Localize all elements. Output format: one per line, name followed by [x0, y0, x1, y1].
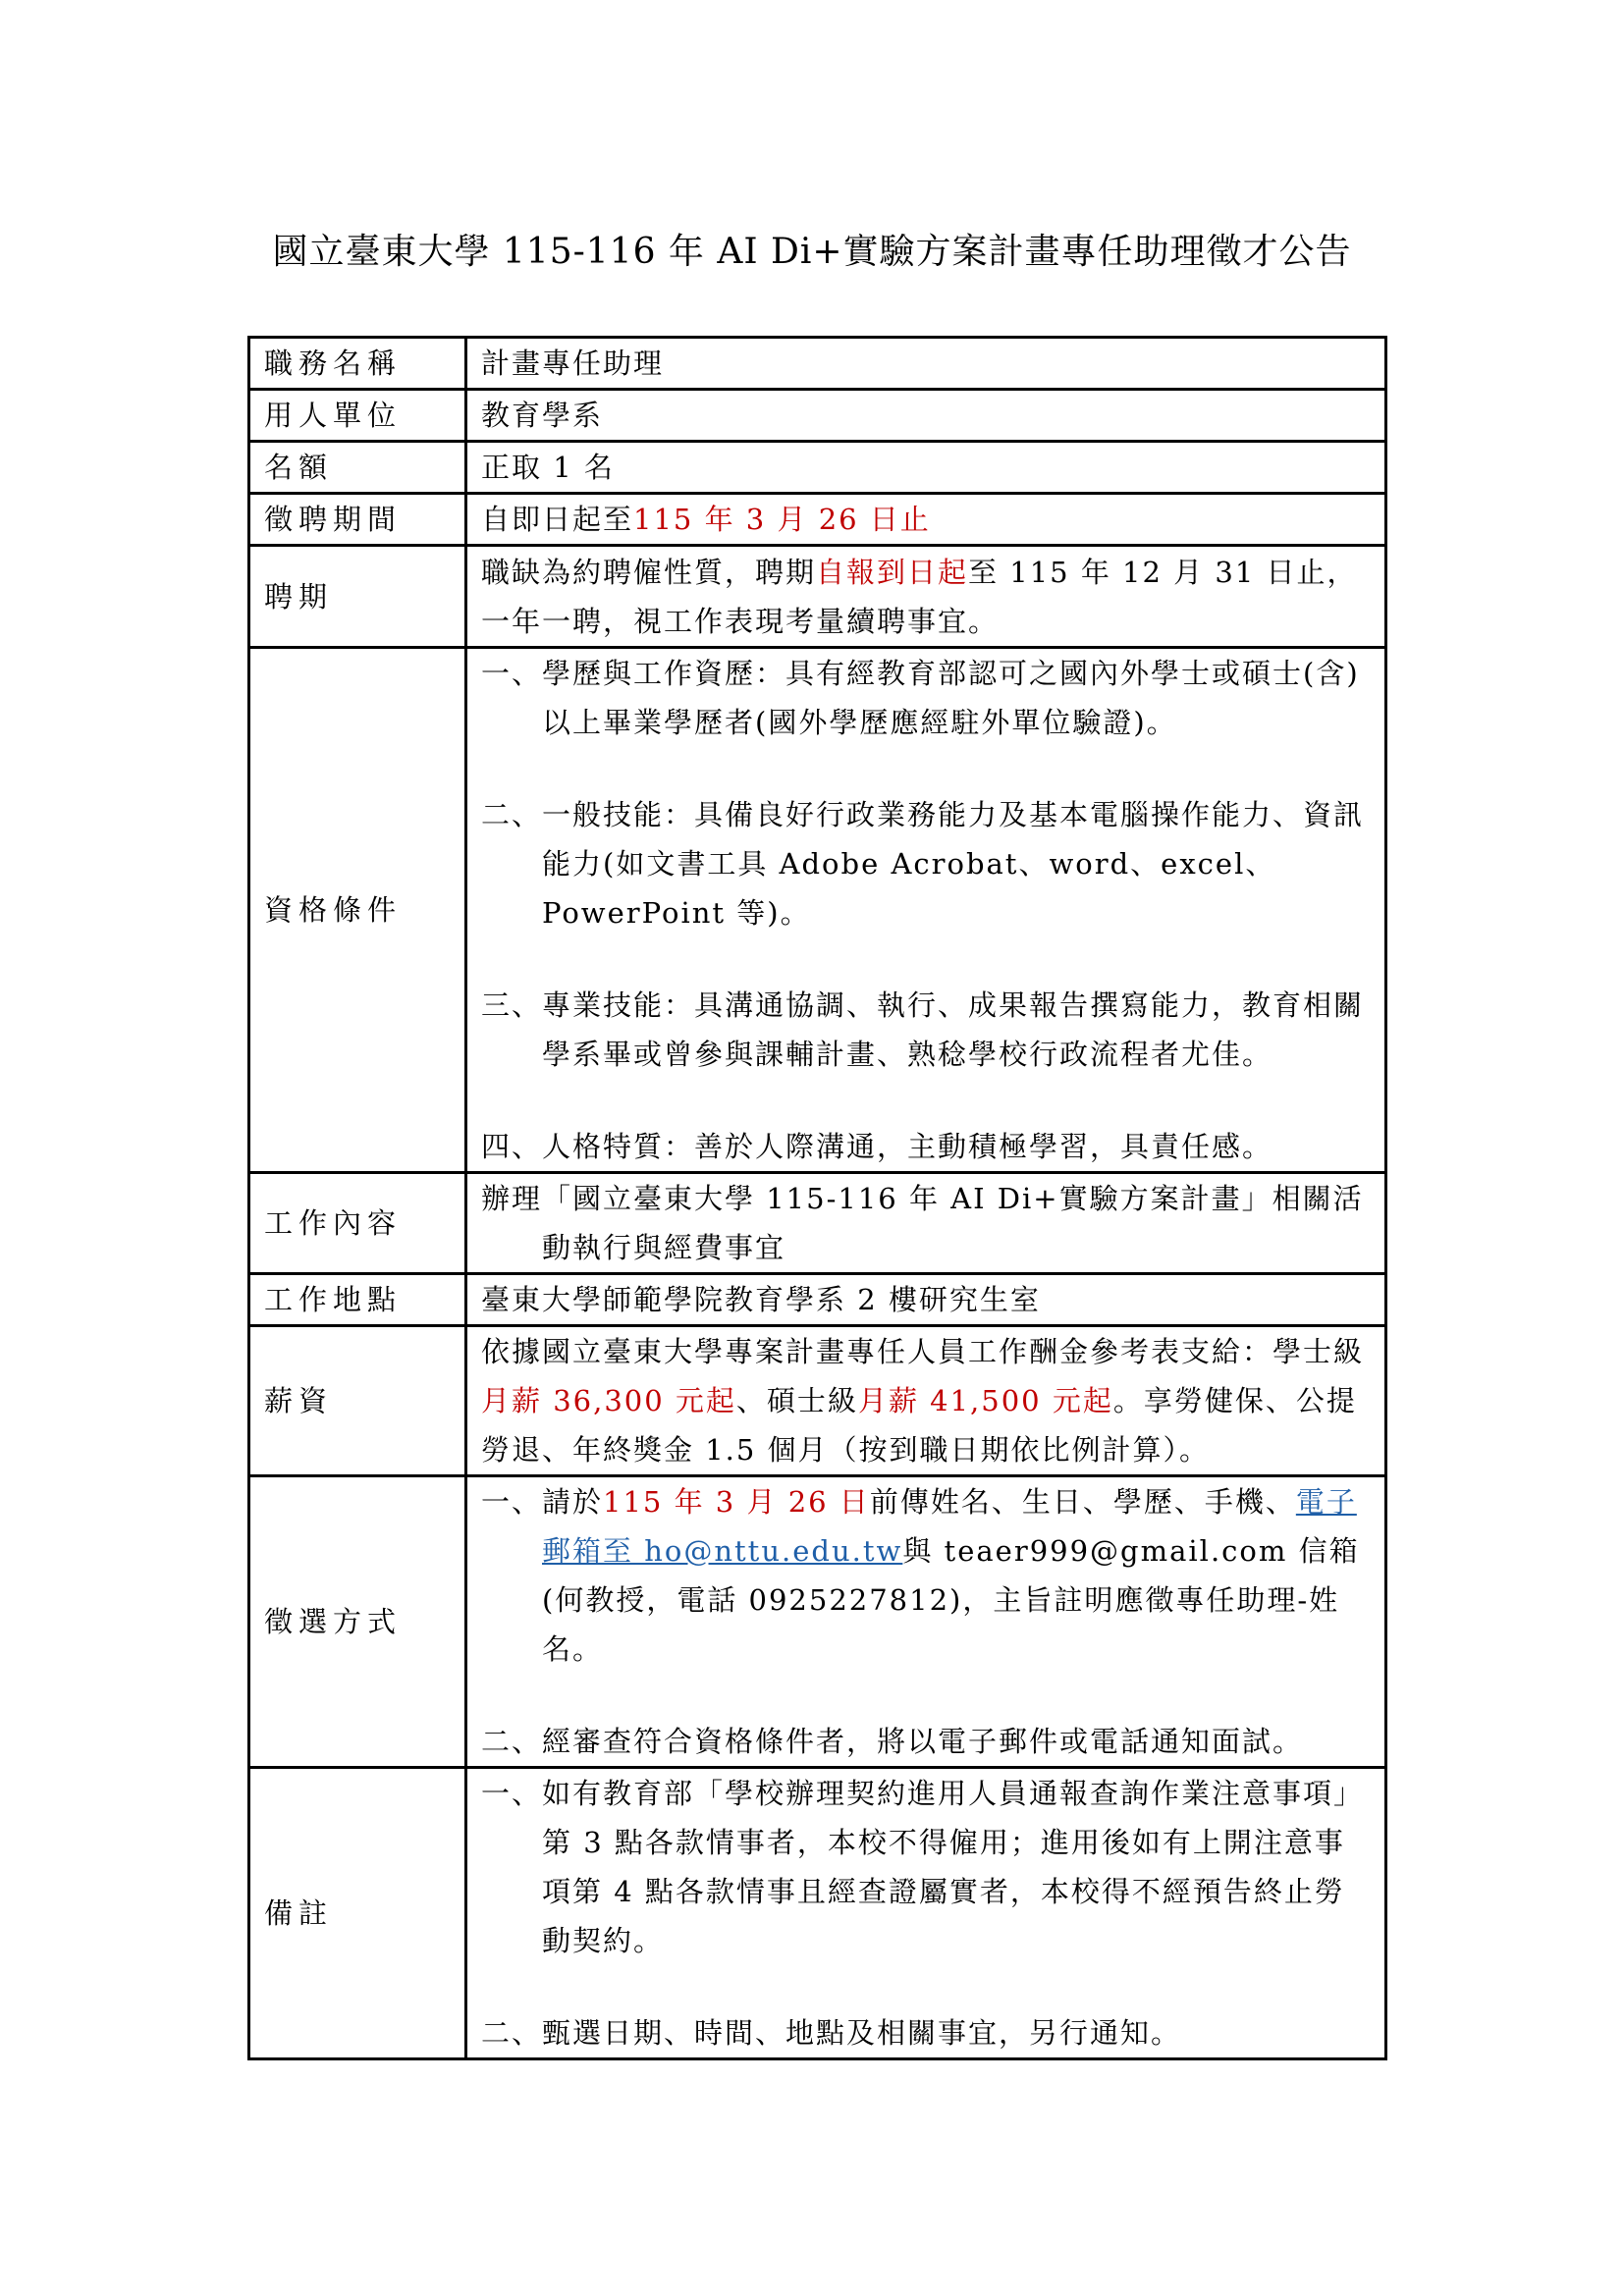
job-notice-table: 職務名稱 計畫專任助理 用人單位 教育學系 名額 正取 1 名 徵聘期間 自即日…: [247, 336, 1387, 2060]
label-application: 徵選方式: [249, 1476, 466, 1768]
label-term: 聘期: [249, 546, 466, 648]
recruit-period-prefix: 自即日起至: [481, 503, 633, 536]
qualification-item: 三、專業技能：具溝通協調、執行、成果報告撰寫能力，教育相關學系畢或曾參與課輔計畫…: [481, 981, 1371, 1079]
term-line-2: 一年一聘，視工作表現考量續聘事宜。: [481, 597, 1371, 646]
term-text-1: 職缺為約聘僱性質，聘期: [481, 556, 816, 589]
table-row-location: 工作地點 臺東大學師範學院教育學系 2 樓研究生室: [249, 1274, 1386, 1326]
salary-text-2: 、碩士級: [736, 1384, 858, 1417]
value-qualifications: 一、學歷與工作資歷：具有經教育部認可之國內外學士或碩士(含)以上畢業學歷者(國外…: [466, 648, 1386, 1173]
table-row-recruit-period: 徵聘期間 自即日起至115 年 3 月 26 日止: [249, 494, 1386, 546]
table-row-unit: 用人單位 教育學系: [249, 390, 1386, 442]
table-row-salary: 薪資 依據國立臺東大學專案計畫專任人員工作酬金參考表支給：學士級月薪 36,30…: [249, 1326, 1386, 1476]
value-quota: 正取 1 名: [466, 442, 1386, 494]
value-application: 一、請於115 年 3 月 26 日前傳姓名、生日、學歷、手機、電子郵箱至 ho…: [466, 1476, 1386, 1768]
table-row-term: 聘期 職缺為約聘僱性質，聘期自報到日起至 115 年 12 月 31 日止， 一…: [249, 546, 1386, 648]
value-remarks: 一、如有教育部「學校辦理契約進用人員通報查詢作業注意事項」第 3 點各款情事者，…: [466, 1768, 1386, 2059]
table-row-duties: 工作內容 辦理「國立臺東大學 115-116 年 AI Di+實驗方案計畫」相關…: [249, 1173, 1386, 1274]
label-unit: 用人單位: [249, 390, 466, 442]
application-item-1: 一、請於115 年 3 月 26 日前傳姓名、生日、學歷、手機、電子郵箱至 ho…: [481, 1477, 1371, 1674]
table-row-application: 徵選方式 一、請於115 年 3 月 26 日前傳姓名、生日、學歷、手機、電子郵…: [249, 1476, 1386, 1768]
remark-item: 二、甄選日期、時間、地點及相關事宜，另行通知。: [481, 2008, 1371, 2057]
value-recruit-period: 自即日起至115 年 3 月 26 日止: [466, 494, 1386, 546]
term-start-highlight: 自報到日起: [816, 556, 968, 589]
application-item-2: 二、經審查符合資格條件者，將以電子郵件或電話通知面試。: [481, 1717, 1371, 1766]
page-title: 國立臺東大學 115-116 年 AI Di+實驗方案計畫專任助理徵才公告: [0, 224, 1624, 274]
qualification-item: 二、一般技能：具備良好行政業務能力及基本電腦操作能力、資訊能力(如文書工具 Ad…: [481, 790, 1371, 937]
remark-item: 一、如有教育部「學校辦理契約進用人員通報查詢作業注意事項」第 3 點各款情事者，…: [481, 1769, 1371, 1965]
value-position: 計畫專任助理: [466, 338, 1386, 390]
qualification-item: 四、人格特質：善於人際溝通，主動積極學習，具責任感。: [481, 1122, 1371, 1171]
label-quota: 名額: [249, 442, 466, 494]
recruit-deadline: 115 年 3 月 26 日止: [633, 503, 931, 536]
salary-master: 月薪 41,500 元起: [858, 1384, 1113, 1417]
table-row-remarks: 備註 一、如有教育部「學校辦理契約進用人員通報查詢作業注意事項」第 3 點各款情…: [249, 1768, 1386, 2059]
label-salary: 薪資: [249, 1326, 466, 1476]
value-term: 職缺為約聘僱性質，聘期自報到日起至 115 年 12 月 31 日止， 一年一聘…: [466, 546, 1386, 648]
salary-bachelor: 月薪 36,300 元起: [481, 1384, 736, 1417]
value-unit: 教育學系: [466, 390, 1386, 442]
value-location: 臺東大學師範學院教育學系 2 樓研究生室: [466, 1274, 1386, 1326]
label-recruit-period: 徵聘期間: [249, 494, 466, 546]
duties-text: 辦理「國立臺東大學 115-116 年 AI Di+實驗方案計畫」相關活動執行與…: [481, 1174, 1371, 1272]
label-remarks: 備註: [249, 1768, 466, 2059]
qualification-item: 一、學歷與工作資歷：具有經教育部認可之國內外學士或碩士(含)以上畢業學歷者(國外…: [481, 649, 1371, 747]
label-duties: 工作內容: [249, 1173, 466, 1274]
table-row-qualifications: 資格條件 一、學歷與工作資歷：具有經教育部認可之國內外學士或碩士(含)以上畢業學…: [249, 648, 1386, 1173]
application-mid: 前傳姓名、生日、學歷、手機、: [870, 1485, 1296, 1519]
salary-text-1: 依據國立臺東大學專案計畫專任人員工作酬金參考表支給：學士級: [481, 1335, 1364, 1368]
label-location: 工作地點: [249, 1274, 466, 1326]
label-position: 職務名稱: [249, 338, 466, 390]
value-duties: 辦理「國立臺東大學 115-116 年 AI Di+實驗方案計畫」相關活動執行與…: [466, 1173, 1386, 1274]
term-text-2: 至 115 年 12 月 31 日止，: [968, 556, 1357, 589]
term-line-1: 職缺為約聘僱性質，聘期自報到日起至 115 年 12 月 31 日止，: [481, 548, 1371, 597]
table-row-quota: 名額 正取 1 名: [249, 442, 1386, 494]
value-salary: 依據國立臺東大學專案計畫專任人員工作酬金參考表支給：學士級月薪 36,300 元…: [466, 1326, 1386, 1476]
application-deadline: 115 年 3 月 26 日: [603, 1485, 870, 1519]
table-row-position: 職務名稱 計畫專任助理: [249, 338, 1386, 390]
label-qualifications: 資格條件: [249, 648, 466, 1173]
application-prefix: 一、請於: [481, 1485, 603, 1519]
